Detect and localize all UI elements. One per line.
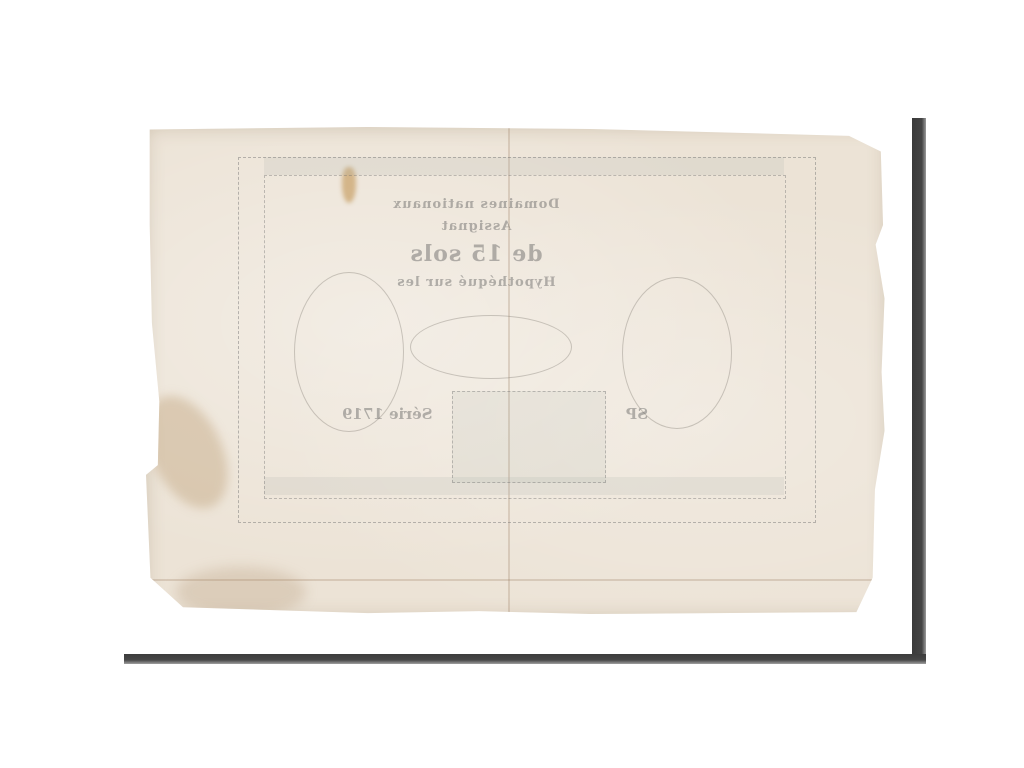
text-denomination: de 15 sols (409, 241, 542, 267)
drop-shadow-bottom (124, 654, 926, 664)
value-stamp-box (452, 391, 606, 483)
show-through-text-line-3: de 15 sols (409, 241, 542, 267)
banknote-paper: Domaines nationaux Assignat de 15 sols H… (146, 127, 886, 617)
show-through-text-line-1: Domaines nationaux (392, 197, 559, 212)
text-assignat: Assignat (441, 219, 512, 234)
drop-shadow-right (912, 118, 926, 662)
serial-number-left: Série 1719 (342, 405, 433, 423)
photo-stage: Domaines nationaux Assignat de 15 sols H… (0, 0, 1024, 768)
dry-seal-center (410, 315, 572, 379)
series-mark-right: SP (626, 405, 648, 423)
text-domaines: Domaines nationaux (392, 197, 559, 212)
show-through-text-line-2: Assignat (441, 219, 512, 234)
text-hypotheque: Hypothéqué sur les (396, 275, 555, 290)
show-through-text-line-4: Hypothéqué sur les (396, 275, 555, 290)
